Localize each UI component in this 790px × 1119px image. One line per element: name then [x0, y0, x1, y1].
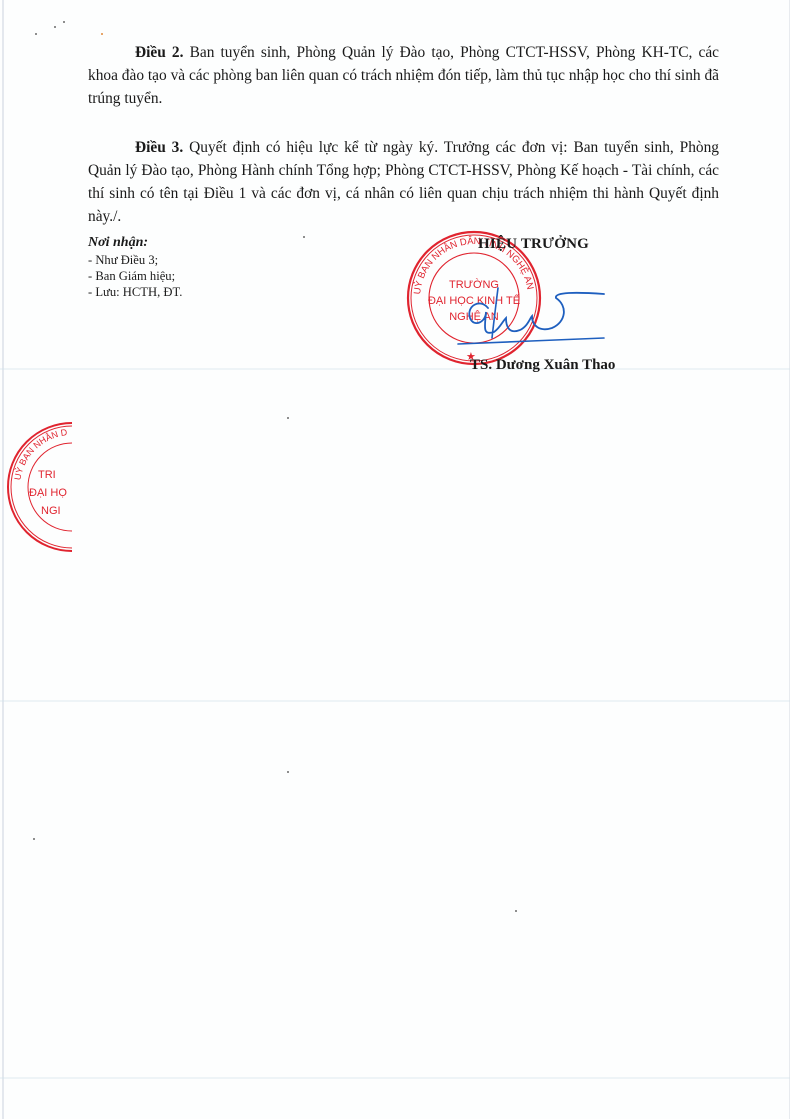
- scan-speck: [35, 33, 37, 35]
- scan-speck: [287, 417, 289, 419]
- recipient-item: - Ban Giám hiệu;: [88, 268, 182, 284]
- partial-stamp-line-3: NGI: [41, 505, 61, 517]
- scan-speck: [63, 21, 65, 23]
- recipient-item: - Lưu: HCTH, ĐT.: [88, 284, 182, 300]
- partial-stamp-line-1: TRI: [38, 469, 56, 481]
- partial-stamp: UỶ BAN NHÂN D TRI ĐẠI HỌ NGI: [0, 420, 74, 554]
- scan-speck: [101, 33, 103, 35]
- article-2-label: Điều 2.: [135, 44, 183, 61]
- recipients-block: Nơi nhận: - Như Điều 3; - Ban Giám hiệu;…: [88, 234, 182, 300]
- signature-title: HIỆU TRƯỞNG: [478, 236, 589, 253]
- page-edge-left: [2, 0, 4, 1119]
- scan-speck: [303, 236, 305, 238]
- recipients-title: Nơi nhận:: [88, 234, 182, 252]
- scan-speck: [33, 838, 35, 840]
- partial-stamp-line-2: ĐẠI HỌ: [29, 487, 67, 499]
- article-2-text: Ban tuyển sinh, Phòng Quản lý Đào tạo, P…: [88, 44, 719, 107]
- scan-artifact: [0, 700, 790, 702]
- scan-artifact: [0, 1077, 790, 1079]
- scan-speck: [54, 26, 56, 28]
- recipient-item: - Như Điều 3;: [88, 252, 182, 268]
- signer-name: TS. Dương Xuân Thao: [470, 357, 615, 374]
- article-2-paragraph: Điều 2. Ban tuyển sinh, Phòng Quản lý Đà…: [88, 41, 719, 110]
- article-3-text: Quyết định có hiệu lực kể từ ngày ký. Tr…: [88, 139, 719, 225]
- article-3-label: Điều 3.: [135, 139, 183, 156]
- scan-speck: [287, 771, 289, 773]
- scan-speck: [515, 910, 517, 912]
- scan-artifact: [0, 368, 790, 370]
- article-3-paragraph: Điều 3. Quyết định có hiệu lực kể từ ngà…: [88, 136, 719, 228]
- handwritten-signature: [436, 278, 611, 353]
